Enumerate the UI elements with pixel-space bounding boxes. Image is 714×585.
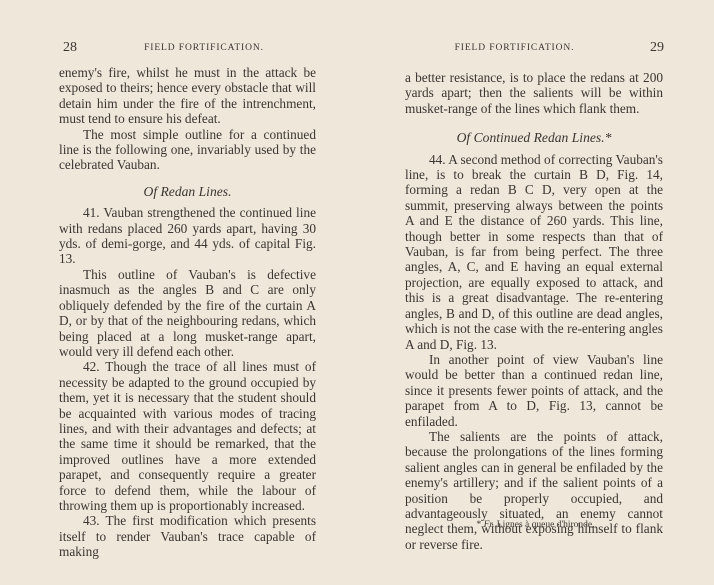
footnote-text: Lignes à queue d'hironde. [494, 520, 594, 530]
paragraph: The most simple outline for a continued … [59, 127, 316, 173]
paragraph: In another point of view Vauban's line w… [405, 352, 663, 429]
page-header: 28 FIELD FORTIFICATION. [61, 40, 317, 56]
paragraph: 42. Though the trace of all lines must o… [59, 359, 316, 513]
paragraph: The salients are the points of attack, b… [405, 429, 663, 552]
page-body: a better resistance, is to place the red… [405, 70, 663, 552]
page-number: 28 [63, 40, 77, 56]
running-title: FIELD FORTIFICATION. [405, 43, 624, 53]
footnote-lang: Fr. [484, 520, 495, 530]
running-title: FIELD FORTIFICATION. [91, 43, 317, 53]
section-heading: Of Redan Lines. [59, 184, 316, 199]
page-header: FIELD FORTIFICATION. 29 [405, 40, 664, 56]
paragraph: 41. Vauban strengthened the continued li… [59, 205, 316, 267]
footnote: * Fr. Lignes à queue d'hironde. [357, 520, 714, 530]
page-body: enemy's fire, whilst he must in the atta… [59, 65, 316, 560]
section-heading: Of Continued Redan Lines.* [405, 130, 663, 145]
paragraph: enemy's fire, whilst he must in the atta… [59, 65, 316, 127]
left-page: 28 FIELD FORTIFICATION. enemy's fire, wh… [0, 0, 357, 585]
paragraph: 44. A second method of correcting Vauban… [405, 152, 663, 352]
paragraph: This outline of Vauban's is defective in… [59, 267, 316, 359]
paragraph: a better resistance, is to place the red… [405, 70, 663, 116]
footnote-marker: * [476, 520, 483, 530]
right-page: FIELD FORTIFICATION. 29 a better resista… [357, 0, 714, 585]
page-number: 29 [650, 40, 664, 56]
paragraph: 43. The first modification which present… [59, 513, 316, 559]
